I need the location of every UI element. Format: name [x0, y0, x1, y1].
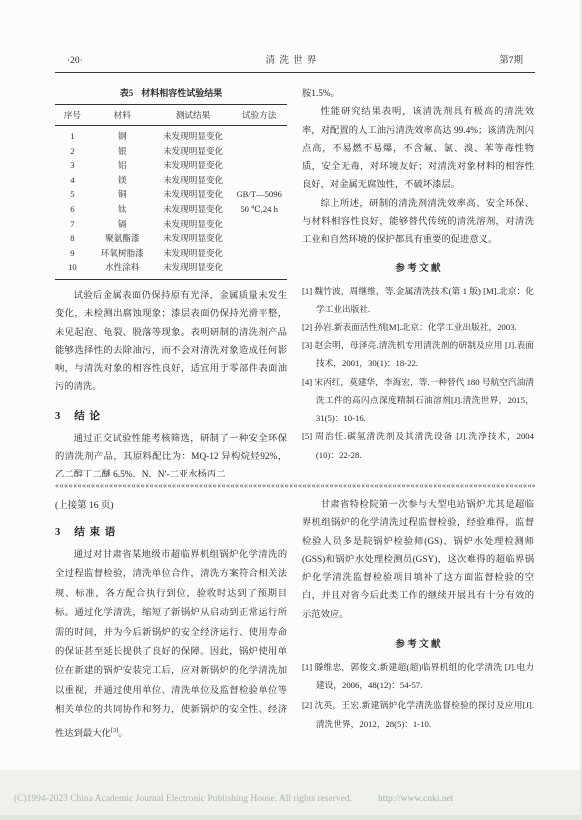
scanned-paper-page: ·20· 清洗世界 第7期 表5材料相容性试验结果 序号 材料 测试结果 试验方… — [0, 0, 582, 820]
references2-heading: 参 考 文 献 — [302, 636, 534, 650]
heading-number: 3 — [55, 527, 60, 538]
right-column-upper: 胺1.5%。 性能研究结果表明，该清洗剂具有极高的清洗效率，对配置的人工油污清洗… — [302, 79, 534, 477]
reference-item: [5] 周治任.碳氢清洗剂及其清洗设备 [J].洗净技术，2004 (10)：2… — [302, 427, 534, 463]
reference-item: [4] 宋丙红，莫建华，李海宏，等.一种替代 180 号航空汽油清洗工件的高闪点… — [302, 373, 534, 428]
cell-result: 未发现明显变化 — [155, 144, 232, 159]
running-head: ·20· 清洗世界 第7期 — [55, 52, 535, 72]
footer-copyright: (C)1994-2023 China Academic Journal Elec… — [14, 794, 453, 804]
table-caption-label: 表5 — [120, 88, 134, 98]
table-row: 8 聚氨酯漆 未发现明显变化 — [55, 231, 287, 246]
heading-title: 结束语 — [74, 527, 120, 538]
table-row: 7 镉 未发现明显变化 — [55, 217, 287, 232]
references2-list: [1] 滕维忠，郭俊文.新建超(超)临界机组的化学清洗 [J].电力建设，200… — [302, 658, 534, 733]
page-number: ·20· — [67, 56, 83, 66]
heading-number: 3 — [55, 411, 60, 422]
heading-title: 结论 — [74, 411, 104, 422]
reference-item: [1] 滕维忠，郭俊文.新建超(超)临界机组的化学清洗 [J].电力建设，200… — [302, 658, 534, 694]
cell-method — [231, 158, 287, 173]
heading-closing-remarks: 3结束语 — [55, 524, 287, 539]
issue-number: 第7期 — [499, 52, 523, 66]
cell-material: 钢 — [90, 126, 155, 144]
reference-item: [1] 魏竹波，周继维，等.金属清洗技术(第 1 版) [M].北京：化学工业出… — [302, 282, 534, 318]
cell-result: 未发现明显变化 — [155, 231, 232, 246]
cell-method — [231, 246, 287, 261]
cell-method — [231, 260, 287, 279]
paragraph-gansu-inspection: 甘肃省特检院第一次参与大型电站锅炉尤其是超临界机组锅炉的化学清洗过程监督检验，经… — [302, 496, 534, 624]
compatibility-table: 序号 材料 测试结果 试验方法 1 钢 未发现明显变化 — [55, 104, 287, 280]
paragraph-test-discussion: 试验后金属表面仍保持原有光泽，金属质量未发生变化，未检测出腐蚀现象；漆层表面仍保… — [55, 287, 287, 397]
cell-result: 未发现明显变化 — [155, 126, 232, 144]
copyright-text: (C)1994-2023 China Academic Journal Elec… — [14, 794, 352, 804]
cell-no: 6 — [55, 202, 90, 217]
page-content: ·20· 清洗世界 第7期 表5材料相容性试验结果 序号 材料 测试结果 试验方… — [55, 52, 535, 744]
references-list: [1] 魏竹波，周继维，等.金属清洗技术(第 1 版) [M].北京：化学工业出… — [302, 282, 534, 464]
cell-result: 未发现明显变化 — [155, 187, 232, 202]
table-row: 2 银 未发现明显变化 — [55, 144, 287, 159]
cell-no: 9 — [55, 246, 90, 261]
col-header-method: 试验方法 — [231, 105, 287, 126]
journal-title: 清洗世界 — [261, 52, 320, 66]
cell-no: 5 — [55, 187, 90, 202]
cell-method: 50 ℃,24 h — [231, 202, 287, 217]
cell-result: 未发现明显变化 — [155, 158, 232, 173]
cell-result: 未发现明显变化 — [155, 217, 232, 232]
cell-method — [231, 231, 287, 246]
left-column-upper: 表5材料相容性试验结果 序号 材料 测试结果 试验方法 1 — [55, 79, 287, 477]
article-divider: ««««««««««««««««««««««««««««««««««««««««… — [55, 480, 535, 492]
reference-item: [2] 沈英，王宏.新建锅炉化学清洗监督检验的探讨及应用[J].清洗世界，201… — [302, 696, 534, 732]
table-row: 5 铜 未发现明显变化 GB/T—5096 — [55, 187, 287, 202]
paragraph-summary: 综上所述，研制的清洗剂清洗效率高、安全环保、与材料相容性良好，能够替代传统的清洗… — [302, 195, 534, 250]
table-header-row: 序号 材料 测试结果 试验方法 — [55, 105, 287, 126]
cell-no: 10 — [55, 260, 90, 279]
paragraph-amine-continuation: 胺1.5%。 — [302, 85, 534, 103]
cell-material: 钛 — [90, 202, 155, 217]
cell-result: 未发现明显变化 — [155, 202, 232, 217]
table-caption: 表5材料相容性试验结果 — [55, 86, 287, 99]
lower-section: (上接第 16 页) 3结束语 通过对甘肃省某地级市超临界机组锅炉化学清洗的全过… — [55, 494, 535, 744]
header-rule — [55, 72, 535, 73]
table-row: 10 水性涂料 未发现明显变化 — [55, 260, 287, 279]
cell-material: 铝 — [90, 158, 155, 173]
cell-result: 未发现明显变化 — [155, 260, 232, 279]
col-header-material: 材料 — [90, 105, 155, 126]
cell-no: 7 — [55, 217, 90, 232]
paragraph-performance: 性能研究结果表明，该清洗剂具有极高的清洗效率，对配置的人工油污清洗效率高达 99… — [302, 103, 534, 194]
reference-item: [2] 孙岩.新表面活性剂[M].北京：化学工业出版社，2003. — [302, 318, 534, 336]
table-row: 3 铝 未发现明显变化 — [55, 158, 287, 173]
table-row: 4 镁 未发现明显变化 — [55, 173, 287, 188]
cell-no: 2 — [55, 144, 90, 159]
cell-material: 环氧树脂漆 — [90, 246, 155, 261]
cnki-url: http://www.cnki.net — [378, 794, 453, 804]
table-row: 9 环氧树脂漆 未发现明显变化 — [55, 246, 287, 261]
cell-material: 镁 — [90, 173, 155, 188]
cell-result: 未发现明显变化 — [155, 246, 232, 261]
cell-method — [231, 144, 287, 159]
closing-period: 。 — [118, 729, 127, 739]
cell-no: 8 — [55, 231, 90, 246]
cell-material: 聚氨酯漆 — [90, 231, 155, 246]
col-header-no: 序号 — [55, 105, 90, 126]
paragraph-conclusion: 通过正交试验性能考核筛选，研制了一种安全环保的清洗剂产品，其原料配比为：MQ-1… — [55, 430, 287, 477]
cell-material: 银 — [90, 144, 155, 159]
cell-result: 未发现明显变化 — [155, 173, 232, 188]
col-header-result: 测试结果 — [155, 105, 232, 126]
cell-method — [231, 217, 287, 232]
table-row: 6 钛 未发现明显变化 50 ℃,24 h — [55, 202, 287, 217]
right-column-lower: 甘肃省特检院第一次参与大型电站锅炉尤其是超临界机组锅炉的化学清洗过程监督检验，经… — [302, 494, 534, 744]
references-heading: 参 考 文 献 — [302, 260, 534, 274]
table-row: 1 钢 未发现明显变化 — [55, 126, 287, 144]
cell-material: 铜 — [90, 187, 155, 202]
cell-material: 水性涂料 — [90, 260, 155, 279]
continued-from-note: (上接第 16 页) — [55, 497, 287, 511]
cell-no: 3 — [55, 158, 90, 173]
cell-material: 镉 — [90, 217, 155, 232]
reference-item: [3] 赵会明，母泽亮.清洗机专用清洗剂的研制及应用 [J].表面技术，2001… — [302, 336, 534, 372]
closing-text: 通过对甘肃省某地级市超临界机组锅炉化学清洗的全过程监督检验，清洗单位合作，清洗方… — [55, 550, 287, 739]
cell-method — [231, 173, 287, 188]
upper-section: 表5材料相容性试验结果 序号 材料 测试结果 试验方法 1 — [55, 79, 535, 477]
cell-no: 4 — [55, 173, 90, 188]
cell-method: GB/T—5096 — [231, 187, 287, 202]
cell-no: 1 — [55, 126, 90, 144]
cell-method — [231, 126, 287, 144]
heading-conclusion: 3结论 — [55, 408, 287, 423]
left-column-lower: (上接第 16 页) 3结束语 通过对甘肃省某地级市超临界机组锅炉化学清洗的全过… — [55, 494, 287, 744]
table-caption-text: 材料相容性试验结果 — [141, 88, 222, 98]
paragraph-closing-remarks: 通过对甘肃省某地级市超临界机组锅炉化学清洗的全过程监督检验，清洗单位合作，清洗方… — [55, 546, 287, 744]
